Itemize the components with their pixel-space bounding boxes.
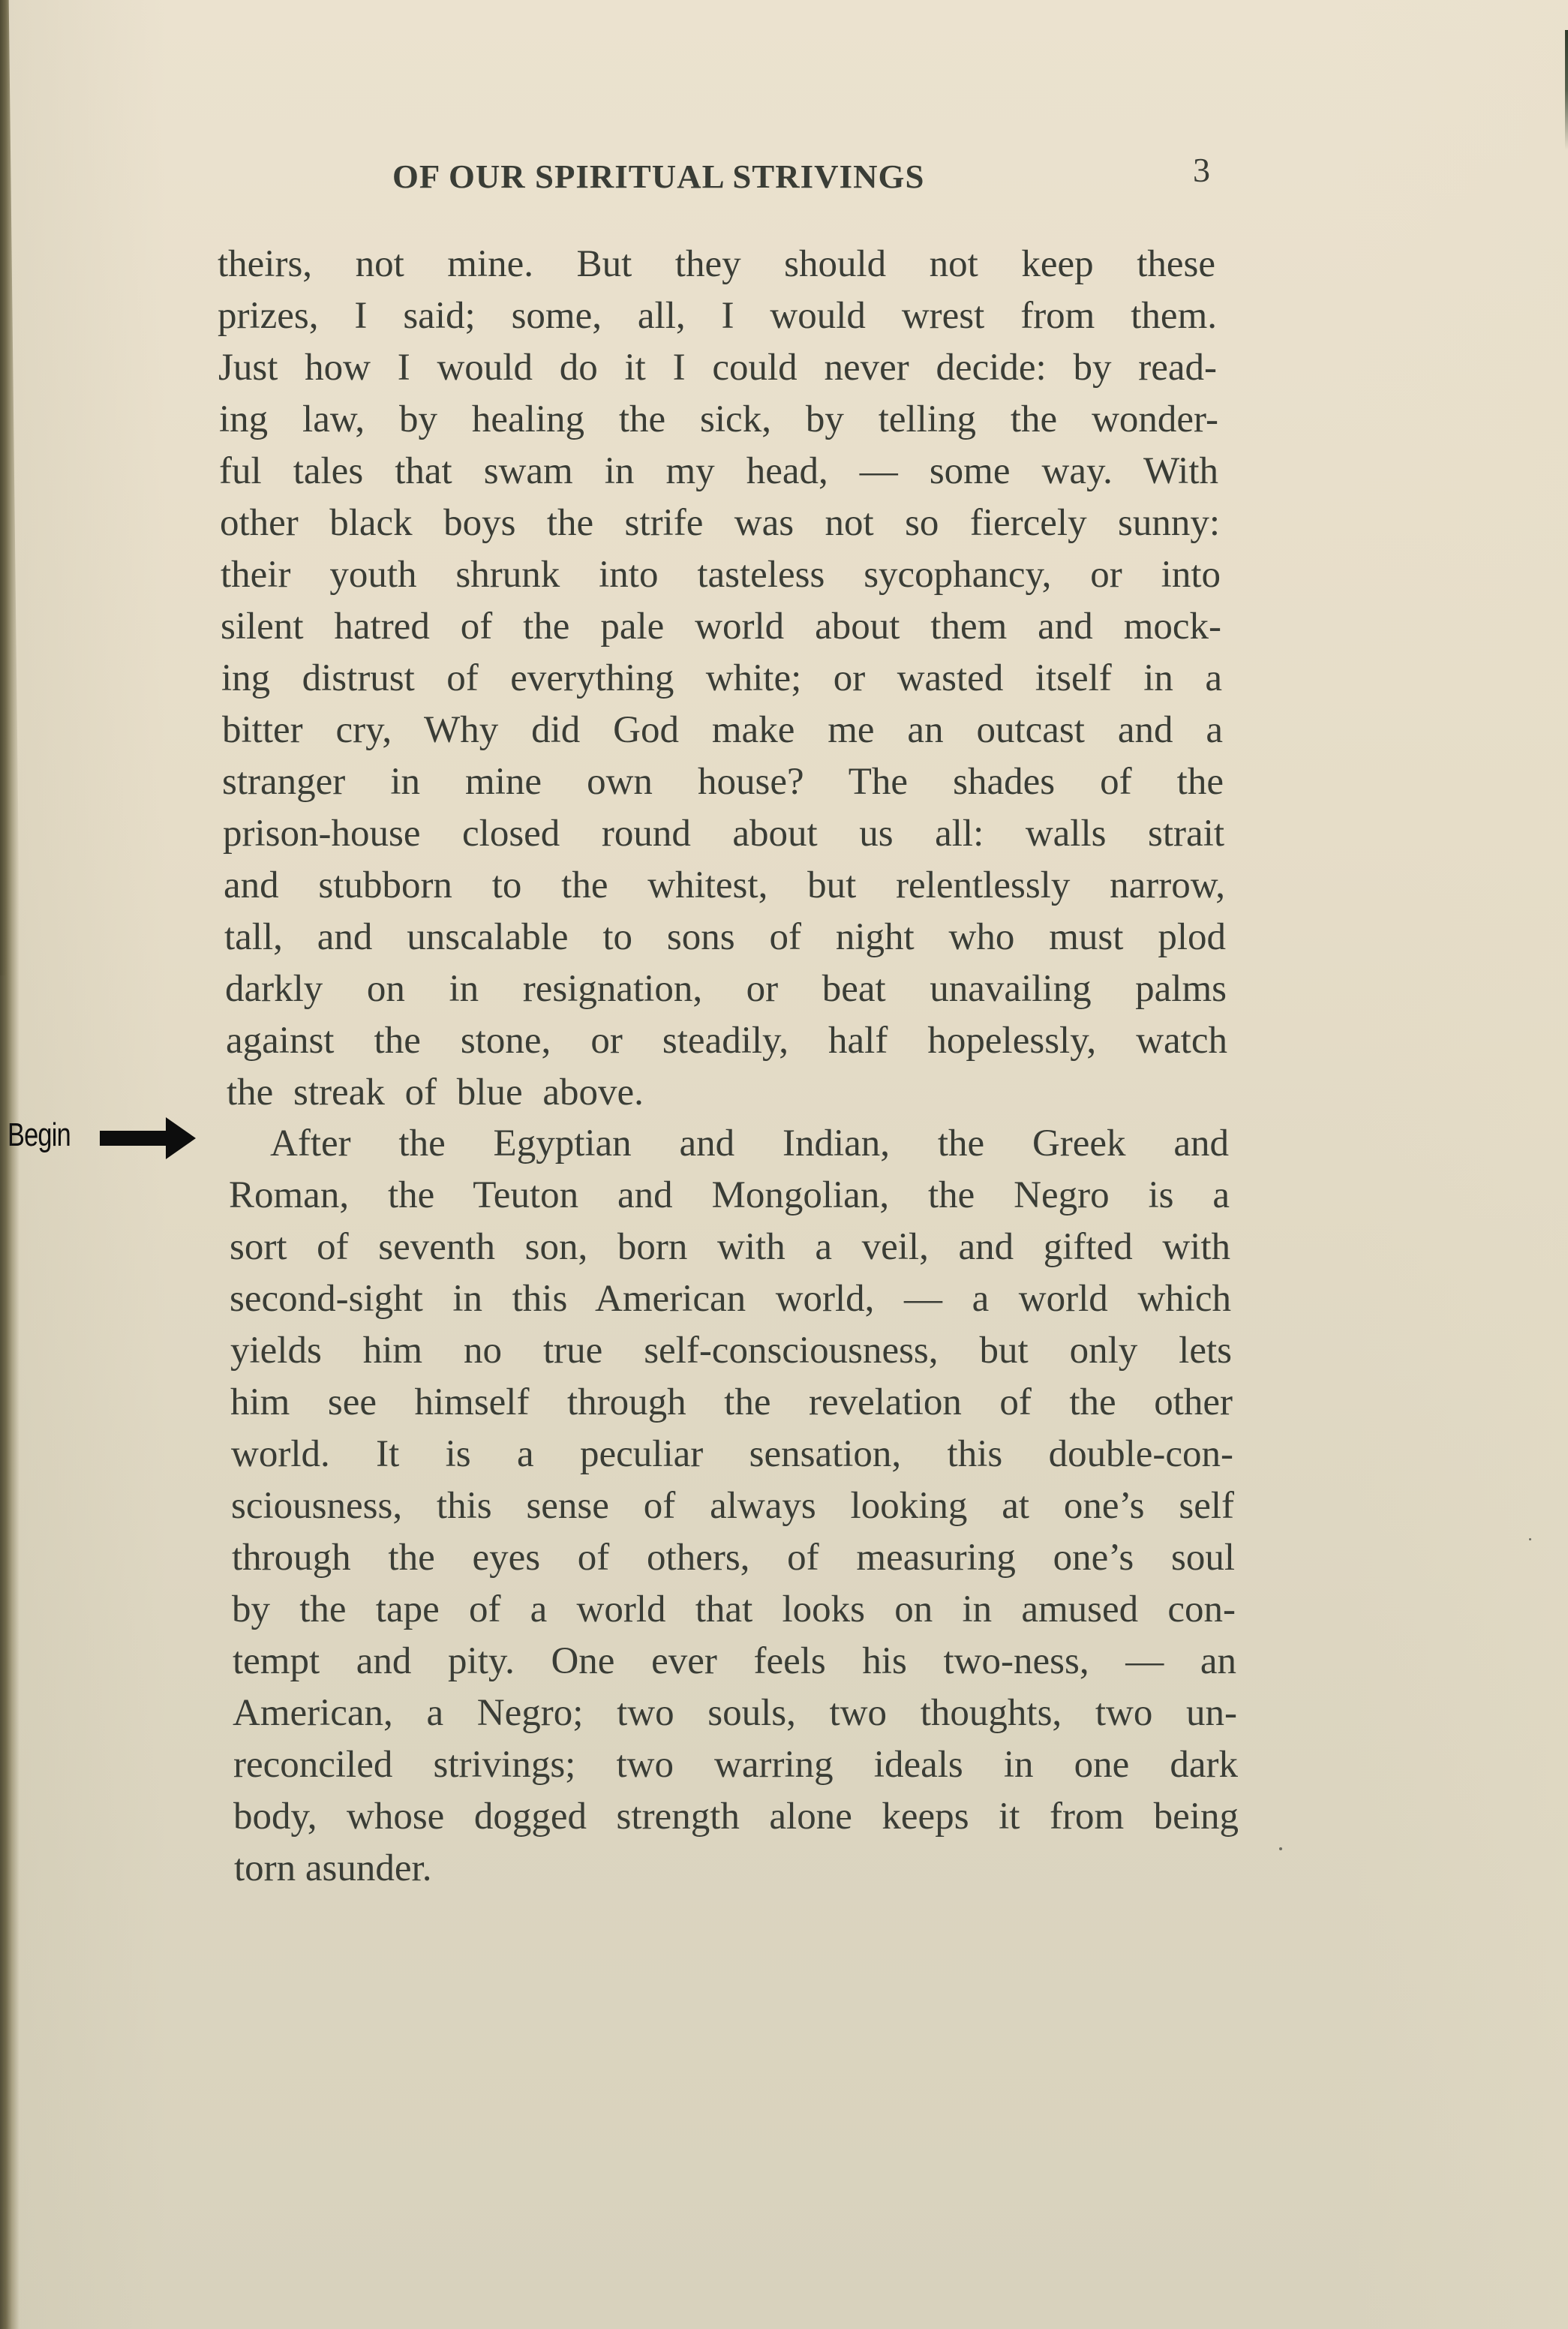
text-line: theirs, not mine. But they should not ke… <box>218 242 1215 287</box>
text-line: yields him no true self-consciousness, b… <box>230 1328 1232 1373</box>
page-number: 3 <box>1193 150 1210 190</box>
text-line: against the stone, or steadily, half hop… <box>226 1018 1227 1063</box>
text-line: Roman, the Teuton and Mongolian, the Neg… <box>229 1173 1230 1218</box>
text-line: American, a Negro; two souls, two though… <box>233 1690 1237 1735</box>
binding-shadow <box>0 0 20 2329</box>
text-line: silent hatred of the pale world about th… <box>221 604 1221 649</box>
text-line: tall, and unscalable to sons of night wh… <box>224 915 1226 960</box>
text-line: through the eyes of others, of measuring… <box>232 1535 1235 1580</box>
text-line: second-sight in this American world, — a… <box>230 1276 1231 1321</box>
text-line: ing law, by healing the sick, by telling… <box>219 397 1218 442</box>
text-line: tempt and pity. One ever feels his two-n… <box>233 1639 1236 1684</box>
text-line: their youth shrunk into tasteless sycoph… <box>221 552 1221 597</box>
text-line: reconciled strivings; two warring ideals… <box>233 1742 1238 1787</box>
text-line: stranger in mine own house? The shades o… <box>222 759 1224 804</box>
begin-label: Begin <box>8 1116 71 1154</box>
text-line: ful tales that swam in my head, — some w… <box>219 449 1218 494</box>
text-line: bitter cry, Why did God make me an outca… <box>222 708 1223 753</box>
text-line: world. It is a peculiar sensation, this … <box>231 1432 1233 1477</box>
text-line: the streak of blue above. <box>227 1070 644 1115</box>
text-line: prizes, I said; some, all, I would wrest… <box>218 293 1217 338</box>
text-line: ing distrust of everything white; or was… <box>221 656 1222 701</box>
text-line: torn asunder. <box>234 1846 431 1891</box>
text-line: him see himself through the revelation o… <box>230 1380 1233 1425</box>
text-line: prison-house closed round about us all: … <box>223 811 1224 856</box>
right-arrow-icon <box>100 1116 197 1161</box>
text-line: darkly on in resignation, or beat unavai… <box>225 966 1227 1011</box>
text-line: other black boys the strife was not so f… <box>220 500 1220 545</box>
text-line: sort of seventh son, born with a veil, a… <box>230 1225 1230 1270</box>
text-line: After the Egyptian and Indian, the Greek… <box>270 1121 1229 1166</box>
text-line: sciousness, this sense of always looking… <box>231 1483 1234 1528</box>
text-line: Just how I would do it I could never dec… <box>218 345 1217 390</box>
text-line: by the tape of a world that looks on in … <box>232 1587 1236 1632</box>
text-line: and stubborn to the whitest, but relentl… <box>224 863 1225 908</box>
paper-speck <box>1279 1847 1282 1850</box>
paper-speck <box>1529 1538 1531 1540</box>
page-edge-right <box>1565 30 1568 150</box>
running-head: OF OUR SPIRITUAL STRIVINGS <box>392 158 924 196</box>
text-line: body, whose dogged strength alone keeps … <box>233 1794 1239 1839</box>
